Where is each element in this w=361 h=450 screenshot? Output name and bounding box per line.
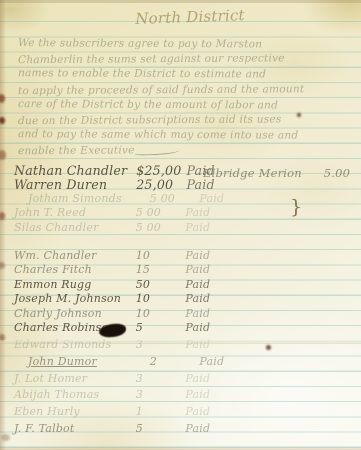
subscriber-name: John Dumor <box>14 355 146 368</box>
page-edge-left <box>0 0 6 450</box>
subscriber-name: Jotham Simonds <box>14 192 146 205</box>
subscription-amount: 5.00 <box>324 166 350 180</box>
paragraph-line-text: to apply the proceeds of said funds and … <box>18 83 304 97</box>
subscription-amount: 10 <box>136 292 182 305</box>
subscriber-name: Charles Fitch <box>14 263 132 276</box>
paragraph-line-text: care of the District by the amount of la… <box>18 98 278 111</box>
ledger-row: Charly Johnson 10 Paid <box>14 307 354 321</box>
manuscript-page: North District We the subscribers agree … <box>0 0 361 450</box>
paid-status: Paid <box>199 355 224 368</box>
subscriber-name: J. Lot Homer <box>14 372 132 385</box>
paragraph-line-text: We the subscribers agree to pay to Marst… <box>18 37 262 50</box>
subscription-amount: 5 00 <box>136 221 182 234</box>
stain <box>266 345 271 350</box>
subscription-amount: 5 <box>136 422 182 435</box>
paid-status: Paid <box>185 307 210 320</box>
paragraph-line: names to enable the District to estimate… <box>18 67 354 84</box>
paid-status: Paid <box>185 206 210 219</box>
subscription-amount: 3 <box>136 388 182 401</box>
subscription-amount: 5 00 <box>136 206 182 219</box>
subscription-amount: 50 <box>136 278 182 291</box>
paid-status: Paid <box>185 221 210 234</box>
document-title: North District <box>105 5 276 29</box>
subscriber-name: Warren Duren <box>14 177 132 192</box>
ledger-row: John Dumor 2 Paid <box>14 355 354 369</box>
subscriber-name: Silas Chandler <box>14 221 132 234</box>
fold-crease <box>0 340 361 344</box>
ledger-row: Emmon Rugg 50 Paid <box>14 278 354 292</box>
subscription-amount: 10 <box>136 307 182 320</box>
stain <box>1 434 10 441</box>
subscriber-name: Joseph M. Johnson <box>14 292 132 305</box>
paid-status: Paid <box>185 321 210 334</box>
page-edge-top <box>0 0 361 3</box>
paid-status: Paid <box>185 249 210 262</box>
subscription-amount: 15 <box>136 263 182 276</box>
subscription-amount: 2 <box>150 355 196 368</box>
subscriber-name: John T. Reed <box>14 206 132 219</box>
subscription-amount: 3 <box>136 372 182 385</box>
paragraph-line-text: names to enable the District to estimate… <box>18 68 266 81</box>
page-edge-bottom <box>0 446 361 450</box>
paid-status: Paid <box>185 422 210 435</box>
paragraph-line-text: and to pay the same which may come into … <box>18 128 298 141</box>
paid-status: Paid <box>185 278 210 291</box>
ledger-row: Eben Hurly 1 Paid <box>14 405 354 419</box>
subscriber-name: Abijah Thomas <box>14 388 132 401</box>
subscription-paragraph: We the subscribers agree to pay to Marst… <box>18 37 354 159</box>
subscriber-name: Emmon Rugg <box>14 278 132 291</box>
paid-status: Paid <box>185 263 210 276</box>
paid-status: Paid <box>185 292 210 305</box>
paid-status: Paid <box>185 405 210 418</box>
ledger-row: Wm. Chandler 10 Paid <box>14 249 354 263</box>
ledger-row: J. Lot Homer 3 Paid <box>14 372 354 386</box>
ledger-row: Joseph M. Johnson 10 Paid <box>14 292 354 306</box>
subscriber-name: J. F. Talbot <box>14 422 132 435</box>
ledger-entry-right-column: Elbridge Merion 5.00 Paid <box>203 166 361 180</box>
subscription-amount: 10 <box>136 249 182 262</box>
stain <box>297 113 301 117</box>
subscriber-name: Elbridge Merion <box>203 166 302 180</box>
paragraph-line-text: Chamberlin the sums set against our resp… <box>18 53 285 67</box>
subscription-amount: $25,00 <box>136 163 182 178</box>
ledger-row: J. F. Talbot 5 Paid <box>14 422 354 436</box>
paid-status: Paid <box>185 388 210 401</box>
paid-status: Paid <box>185 372 210 385</box>
ledger-row: Abijah Thomas 3 Paid <box>14 388 354 402</box>
subscriber-ledger: Nathan Chandler $25,00 Paid Warren Duren… <box>14 163 354 437</box>
bracket-mark: } <box>290 196 302 218</box>
subscriber-name: Eben Hurly <box>14 405 132 418</box>
ledger-row: John T. Reed 5 00 Paid <box>14 206 354 220</box>
subscription-amount: 1 <box>136 405 182 418</box>
subscriber-name: Nathan Chandler <box>14 163 132 178</box>
paragraph-line-text: due on the District subscriptions to aid… <box>18 113 282 127</box>
subscriber-name: Charly Johnson <box>14 307 132 320</box>
ledger-row: Silas Chandler 5 00 Paid <box>14 221 354 235</box>
subscription-amount: 25,00 <box>136 177 182 192</box>
paragraph-line-text: enable the Executive <box>18 145 135 158</box>
subscription-amount: 5 00 <box>150 192 196 205</box>
ledger-row: Charles Fitch 15 Paid <box>14 263 354 277</box>
ledger-row: Jotham Simonds 5 00 Paid <box>14 192 354 206</box>
paragraph-line: enable the Executive <box>18 142 354 160</box>
subscriber-name: Wm. Chandler <box>14 249 132 262</box>
paragraph-line: to apply the proceeds of said funds and … <box>18 81 354 99</box>
paid-status: Paid <box>199 192 224 205</box>
subscription-amount: 5 <box>136 321 182 334</box>
ledger-row: Charles Robinson 5 Paid <box>14 321 354 335</box>
